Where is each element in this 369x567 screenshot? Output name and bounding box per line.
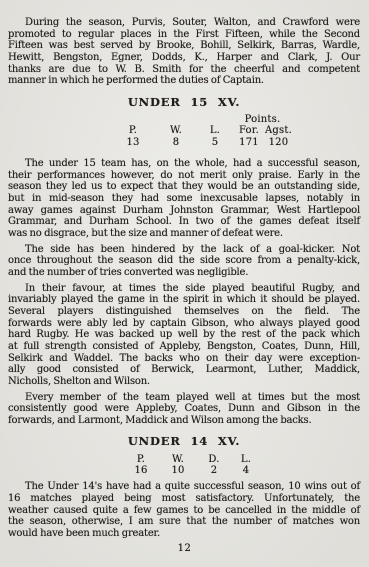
stats-header-points-against: Agst. (265, 125, 292, 136)
text-line: The Under 14's have had a quite successf… (8, 481, 360, 493)
stats-header-lost: L. (231, 454, 261, 465)
text-line: ally good consisted of Berwick, Learmont… (8, 364, 360, 376)
text-line: Hewitt, Bengston, Egner, Dodds, K., Harp… (8, 52, 360, 64)
text-line: Nicholls, Shelton and Wilson. (8, 376, 360, 388)
under15-heading: UNDER 15 XV. (8, 96, 360, 109)
text-line: Selkirk and Waddel. The backs who on the… (8, 353, 360, 365)
text-line: but in mid-season they had some inexcusa… (8, 193, 360, 205)
under15-header-row: P. W. L. For. Agst. (111, 125, 292, 136)
stats-header-won: W. (159, 454, 197, 465)
stats-value-played: 13 (111, 137, 155, 148)
stats-value-lost: 5 (197, 137, 233, 148)
text-line: The side has been hindered by the lack o… (8, 244, 360, 256)
stats-value-drawn: 2 (197, 465, 231, 476)
text-line: Several players distinguished themselves… (8, 306, 360, 318)
text-line: at full strength consisted of Appleby, B… (8, 341, 360, 353)
stats-header-won: W. (155, 125, 197, 136)
text-line: promoted to regular places in the First … (8, 29, 360, 41)
under14-heading: UNDER 14 XV. (8, 435, 360, 448)
text-line: forwards, and Larmont, Maddick and Wilso… (8, 415, 360, 427)
under15-points-group-row: Points. (111, 114, 292, 125)
under15-stats-table: Points. P. W. L. For. Agst. 13 8 5 171 1… (111, 114, 292, 148)
under14-header-row: P. W. D. L. (123, 454, 261, 465)
stats-header-played: P. (123, 454, 159, 465)
stats-header-points-for: For. (233, 125, 265, 136)
under15-paragraph-2: The side has been hindered by the lack o… (8, 244, 360, 279)
page-content: During the season, Purvis, Souter, Walto… (0, 0, 369, 540)
text-line: During the season, Purvis, Souter, Walto… (8, 17, 360, 29)
text-line: In their favour, at times the side playe… (8, 283, 360, 295)
text-line: forwards were ably led by captain Gibson… (8, 318, 360, 330)
stats-value-lost: 4 (231, 465, 261, 476)
empty-cell (111, 114, 233, 125)
text-line: The under 15 team has, on the whole, had… (8, 158, 360, 170)
under15-values-row: 13 8 5 171 120 (111, 137, 292, 148)
text-line: thanks are due to W. B. Smith for the ch… (8, 64, 360, 76)
text-line: the season, otherwise, I am sure that th… (8, 516, 360, 528)
under15-paragraph-3: In their favour, at times the side playe… (8, 283, 360, 388)
text-line: Grammar, and Durham School. In two of th… (8, 216, 360, 228)
text-line: manner in which he performed the duties … (8, 75, 360, 87)
stats-value-points-against: 120 (265, 137, 292, 148)
page-number: 12 (0, 543, 369, 554)
intro-paragraph: During the season, Purvis, Souter, Walto… (8, 17, 360, 87)
stats-header-played: P. (111, 125, 155, 136)
stats-value-won: 8 (155, 137, 197, 148)
text-line: season they led us to expect that they w… (8, 181, 360, 193)
stats-header-lost: L. (197, 125, 233, 136)
text-line: and the number of tries converted was ne… (8, 267, 360, 279)
text-line: hard Rugby. He was backed up well by the… (8, 329, 360, 341)
text-line: would have been much greater. (8, 528, 360, 540)
under14-values-row: 16 10 2 4 (123, 465, 261, 476)
scanned-page: During the season, Purvis, Souter, Walto… (0, 0, 369, 567)
stats-header-drawn: D. (197, 454, 231, 465)
under15-paragraph-4: Every member of the team played well at … (8, 392, 360, 427)
stats-value-played: 16 (123, 465, 159, 476)
text-line: invariably played the game in the spirit… (8, 294, 360, 306)
text-line: was no disgrace, but the size and manner… (8, 228, 360, 240)
text-line: away games against Durham Johnston Gramm… (8, 205, 360, 217)
under15-paragraph-1: The under 15 team has, on the whole, had… (8, 158, 360, 240)
stats-value-points-for: 171 (233, 137, 265, 148)
text-line: 16 matches played being most satisfactor… (8, 493, 360, 505)
text-line: once throughout the season did the side … (8, 255, 360, 267)
under14-paragraph-1: The Under 14's have had a quite successf… (8, 481, 360, 539)
text-line: consistently good were Appleby, Coates, … (8, 403, 360, 415)
text-line: weather caused quite a few games to be c… (8, 505, 360, 517)
text-line: Every member of the team played well at … (8, 392, 360, 404)
text-line: Fifteen was best served by Brooke, Bohil… (8, 40, 360, 52)
text-line: their performances however, do not merit… (8, 170, 360, 182)
points-group-header: Points. (233, 114, 292, 125)
stats-value-won: 10 (159, 465, 197, 476)
under14-stats-table: P. W. D. L. 16 10 2 4 (123, 454, 261, 477)
